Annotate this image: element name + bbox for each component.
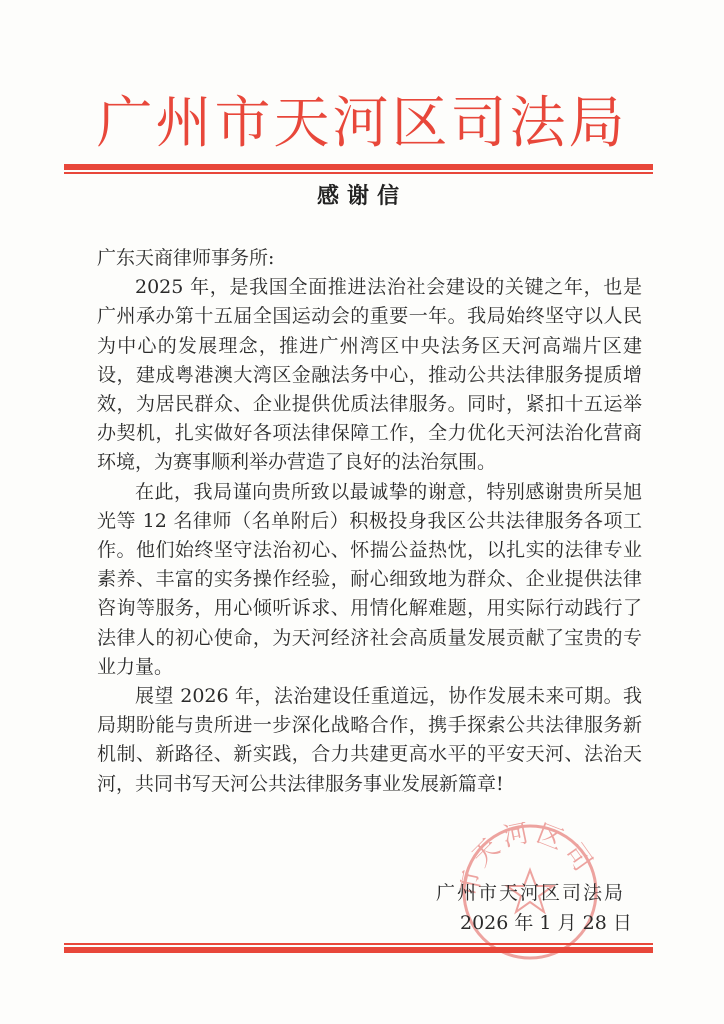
signature-organization: 广州市天河区司法局 [430, 878, 670, 908]
paragraph-1: 2025 年，是我国全面推进法治社会建设的关键之年，也是广州承办第十五届全国运动… [97, 273, 642, 477]
letter-body: 广东天商律师事务所: 2025 年，是我国全面推进法治社会建设的关键之年，也是广… [97, 244, 642, 799]
letterhead-title: 广州市天河区司法局 [62, 92, 662, 156]
signature-block: 广州市天河区司法局 2026 年 1 月 28 日 [430, 878, 670, 938]
paragraph-3: 展望 2026 年，法治建设任重道远，协作发展未来可期。我局期盼能与贵所进一步深… [97, 682, 642, 799]
letter-page: 广州市天河区司法局 感谢信 广东天商律师事务所: 2025 年，是我国全面推进法… [0, 0, 724, 1024]
footer-rule-thick [64, 947, 653, 953]
signature-date: 2026 年 1 月 28 日 [430, 908, 670, 938]
footer-rule-thin [64, 943, 653, 945]
document-title: 感谢信 [0, 182, 724, 212]
salutation: 广东天商律师事务所: [97, 244, 642, 273]
paragraph-2: 在此，我局谨向贵所致以最诚挚的谢意，特别感谢贵所吴旭光等 12 名律师（名单附后… [97, 478, 642, 682]
letterhead-rule-thick [64, 164, 653, 170]
letterhead-rule-thin [64, 172, 653, 174]
